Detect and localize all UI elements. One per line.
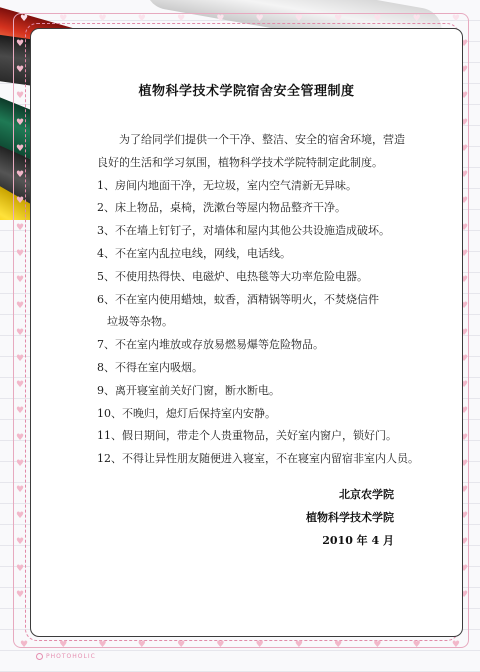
rule-1: 1、房间内地面干净，无垃圾，室内空气清新无异味。	[97, 175, 427, 198]
heart-icon: ♥	[16, 486, 24, 495]
heart-icon: ♥	[16, 276, 24, 285]
brand-text: PHOTOHOLIC	[46, 653, 96, 660]
heart-icon: ♥	[452, 15, 460, 24]
heart-icon: ♥	[16, 329, 24, 338]
rule-6-continued: 垃圾等杂物。	[97, 311, 427, 334]
rule-12: 12、不得让异性朋友随便进入寝室，不在寝室内留宿非室内人员。	[97, 448, 427, 471]
heart-icon: ♥	[373, 15, 381, 24]
heart-icon: ♥	[295, 641, 303, 650]
intro-line-2: 良好的生活和学习氛围，植物科学技术学院特制定此制度。	[97, 152, 427, 175]
heart-icon: ♥	[16, 407, 24, 416]
brand-logo-icon	[36, 653, 43, 660]
heart-icon: ♥	[16, 250, 24, 259]
heart-icon: ♥	[16, 460, 24, 469]
rule-4: 4、不在室内乱拉电线，网线，电话线。	[97, 243, 427, 266]
rule-11: 11、假日期间，带走个人贵重物品，关好室内窗户，锁好门。	[97, 425, 427, 448]
heart-icon: ♥	[373, 641, 381, 650]
signature-org-1: 北京农学院	[306, 484, 394, 507]
heart-icon: ♥	[216, 641, 224, 650]
heart-icon: ♥	[413, 15, 421, 24]
heart-icon: ♥	[16, 92, 24, 101]
rule-10: 10、不晚归，熄灯后保持室内安静。	[97, 403, 427, 426]
heart-icon: ♥	[256, 15, 264, 24]
heart-icon: ♥	[334, 15, 342, 24]
heart-icon: ♥	[59, 641, 67, 650]
heart-icon: ♥	[16, 434, 24, 443]
heart-icon: ♥	[16, 355, 24, 364]
rule-6: 6、不在室内使用蜡烛，蚊香，酒精锅等明火，不焚烧信件	[97, 289, 427, 312]
heart-icon: ♥	[177, 641, 185, 650]
heart-icon: ♥	[138, 15, 146, 24]
heart-icon: ♥	[334, 641, 342, 650]
signature-date: 2010 年 4 月	[306, 530, 394, 553]
brand-watermark: PHOTOHOLIC	[36, 653, 96, 660]
heart-icon: ♥	[99, 15, 107, 24]
heart-icon: ♥	[177, 15, 185, 24]
hearts-border-left: ♥ ♥ ♥ ♥ ♥ ♥ ♥ ♥ ♥ ♥ ♥ ♥ ♥ ♥ ♥ ♥ ♥ ♥ ♥ ♥ …	[16, 40, 24, 600]
heart-icon: ♥	[16, 197, 24, 206]
heart-icon: ♥	[16, 302, 24, 311]
rule-2: 2、床上物品，桌椅，洗漱台等屋内物品整齐干净。	[97, 197, 427, 220]
document-body: 为了给同学们提供一个干净、整洁、安全的宿舍环境，营造 良好的生活和学习氛围，植物…	[97, 129, 427, 471]
heart-icon: ♥	[16, 512, 24, 521]
heart-icon: ♥	[16, 591, 24, 600]
heart-icon: ♥	[16, 119, 24, 128]
heart-icon: ♥	[99, 641, 107, 650]
document-title: 植物科学技术学院宿舍安全管理制度	[30, 80, 463, 99]
heart-icon: ♥	[216, 15, 224, 24]
rule-8: 8、不得在室内吸烟。	[97, 357, 427, 380]
heart-icon: ♥	[256, 641, 264, 650]
rule-3: 3、不在墙上钉钉子，对墙体和屋内其他公共设施造成破坏。	[97, 220, 427, 243]
heart-icon: ♥	[295, 15, 303, 24]
heart-icon: ♥	[59, 15, 67, 24]
heart-icon: ♥	[452, 641, 460, 650]
heart-icon: ♥	[16, 381, 24, 390]
heart-icon: ♥	[20, 15, 28, 24]
signature-org-2: 植物科学技术学院	[306, 507, 394, 530]
hearts-border-bottom: ♥ ♥ ♥ ♥ ♥ ♥ ♥ ♥ ♥ ♥ ♥ ♥	[20, 641, 460, 650]
heart-icon: ♥	[138, 641, 146, 650]
heart-icon: ♥	[16, 538, 24, 547]
heart-icon: ♥	[16, 565, 24, 574]
rule-5: 5、不使用热得快、电磁炉、电热毯等大功率危险电器。	[97, 266, 427, 289]
heart-icon: ♥	[16, 171, 24, 180]
signature-block: 北京农学院 植物科学技术学院 2010 年 4 月	[306, 484, 394, 552]
intro-line-1: 为了给同学们提供一个干净、整洁、安全的宿舍环境，营造	[97, 129, 427, 152]
heart-icon: ♥	[16, 40, 24, 49]
heart-icon: ♥	[16, 145, 24, 154]
heart-icon: ♥	[413, 641, 421, 650]
heart-icon: ♥	[16, 66, 24, 75]
rule-9: 9、离开寝室前关好门窗，断水断电。	[97, 380, 427, 403]
hearts-border-top: ♥ ♥ ♥ ♥ ♥ ♥ ♥ ♥ ♥ ♥ ♥ ♥	[20, 15, 460, 24]
heart-icon: ♥	[16, 224, 24, 233]
rule-7: 7、不在室内堆放或存放易燃易爆等危险物品。	[97, 334, 427, 357]
heart-icon: ♥	[20, 641, 28, 650]
